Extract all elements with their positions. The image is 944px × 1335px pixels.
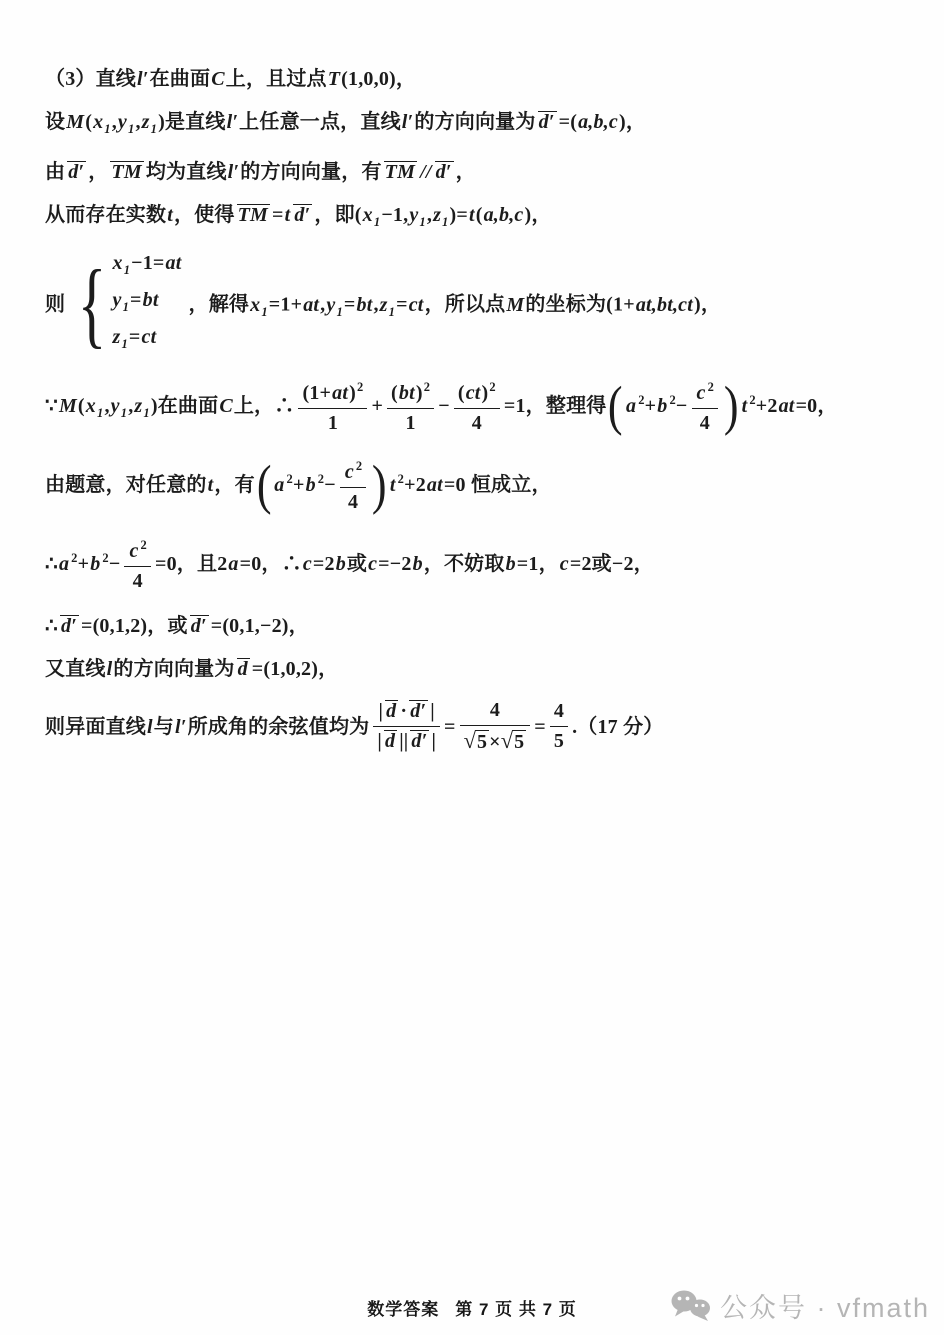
math-text: t — [469, 204, 475, 226]
math-text: bt — [399, 382, 415, 404]
math-text: =( — [559, 111, 577, 133]
math-text: (1,0,0) — [341, 68, 396, 90]
math-text: +2 — [404, 474, 426, 496]
math-text: ，即 — [314, 204, 354, 226]
big-paren: ( — [257, 456, 272, 514]
system-row: y1=bt — [111, 287, 159, 321]
math-text: =(0,1,−2)， — [211, 615, 309, 637]
math-text: c — [129, 540, 138, 562]
math-text: 上， — [234, 395, 274, 417]
math-text: ) — [158, 111, 165, 133]
math-text: + — [645, 395, 657, 417]
math-text: M — [506, 294, 524, 316]
coefficients-zero: ∴a2+b2−c24=0，且2a=0，∴c=2b或c=−2b，不妨取b=1，c=… — [45, 534, 924, 597]
math-text: ( — [458, 382, 465, 404]
math-text: ， — [531, 204, 551, 226]
system-and-solution: 则{x1−1=aty1=btz1=ct，解得x1=1+at,y1=bt,z1=c… — [45, 252, 924, 360]
math-text: at — [166, 252, 182, 274]
math-text: ) — [349, 382, 356, 404]
math-text: M — [59, 395, 77, 417]
math-text: x — [93, 111, 103, 133]
math-text: y — [118, 111, 127, 133]
vector-symbol: d′ — [538, 111, 557, 133]
vector-symbol: d′ — [67, 161, 86, 183]
system-row: x1−1=at — [111, 250, 182, 284]
substitute-into-surface: ∵M(x1,y1,z1)在曲面C上，∴(1+at)21+(bt)21−(ct)2… — [45, 376, 924, 439]
math-text: x — [112, 252, 122, 274]
math-text: 4 — [554, 700, 564, 722]
math-text: =1+ — [269, 294, 302, 316]
math-text: = — [444, 716, 456, 738]
math-text: ct — [142, 326, 157, 348]
math-text: t — [167, 204, 173, 226]
math-text: 1 — [328, 412, 338, 434]
math-text: =−2 — [378, 553, 411, 575]
math-text: 1 — [389, 305, 395, 319]
fraction: |d·d′||d||d′| — [373, 698, 440, 755]
math-text: c — [303, 553, 312, 575]
math-text: 的坐标为 — [525, 294, 606, 316]
math-text: ) — [151, 395, 158, 417]
fraction: c24 — [340, 453, 367, 516]
math-text: l — [147, 716, 153, 738]
math-text: 的方向向量，有 — [240, 161, 381, 183]
math-text: ， — [456, 161, 476, 183]
math-text: , — [320, 294, 325, 316]
math-text: z — [433, 204, 441, 226]
document-page: （3）直线l′在曲面C上，且过点T(1,0,0)，设M(x1,y1,z1)是直线… — [0, 0, 944, 1335]
math-text: ∴ — [282, 553, 302, 575]
math-text: (1+ — [606, 294, 635, 316]
math-text: c — [697, 382, 706, 404]
math-text: 所成角的余弦值均为 — [188, 716, 370, 738]
math-text: · — [400, 700, 407, 722]
math-text: 均为直线 — [146, 161, 227, 183]
math-text: ∴ — [274, 395, 294, 417]
math-text: = — [272, 204, 284, 226]
system-row: z1=ct — [111, 324, 157, 358]
math-text: 的方向向量为 — [414, 111, 535, 133]
math-text: 1 — [123, 300, 129, 314]
math-text: at — [332, 382, 348, 404]
math-text: ∵ — [45, 395, 58, 417]
math-text: =0，且2 — [155, 553, 227, 575]
math-text: ( — [391, 382, 398, 404]
math-text: ，解得 — [189, 294, 250, 316]
math-text: − — [109, 553, 121, 575]
math-text: 则异面直线 — [45, 716, 146, 738]
fraction: (1+at)21 — [298, 374, 367, 437]
vector-symbol: d′ — [410, 730, 429, 752]
math-text: a — [626, 395, 636, 417]
math-text: 2 — [356, 459, 362, 473]
math-text: 上任意一点，直线 — [239, 111, 401, 133]
math-text: ( — [85, 111, 92, 133]
math-text: at — [779, 395, 795, 417]
math-text: + — [293, 474, 305, 496]
vector-symbol: d′ — [435, 161, 454, 183]
math-text: l′ — [137, 68, 149, 90]
math-text: ， — [626, 111, 646, 133]
math-text: l′ — [175, 716, 187, 738]
math-text: z — [112, 326, 120, 348]
fraction: 4√5×√5 — [460, 697, 531, 756]
math-text: =0 恒成立， — [444, 474, 552, 496]
math-text: // — [420, 161, 432, 183]
vector-symbol: d′ — [293, 204, 312, 226]
math-text: x — [363, 204, 373, 226]
watermark: 公众号 · vfmath — [669, 1286, 930, 1325]
math-text: （3）直线 — [45, 68, 136, 90]
math-text: z — [134, 395, 142, 417]
math-text: T — [328, 68, 340, 90]
math-text: x — [86, 395, 96, 417]
vector-symbol: d — [384, 730, 397, 752]
math-text: y — [409, 204, 418, 226]
equation-system: {x1−1=aty1=btz1=ct — [69, 250, 182, 358]
math-text: )= — [450, 204, 468, 226]
math-text: + — [78, 553, 90, 575]
math-text: | — [431, 730, 436, 752]
math-text: − — [324, 474, 336, 496]
math-text: =(1,0,2)， — [252, 658, 339, 680]
math-text: ) — [619, 111, 626, 133]
math-text: l — [107, 658, 113, 680]
math-text: 又直线 — [45, 658, 106, 680]
math-text: | — [430, 700, 435, 722]
math-text: 1 — [406, 412, 416, 434]
direction-vector-l-prime: ∴d′=(0,1,2)，或d′=(0,1,−2)， — [45, 613, 924, 640]
math-text: ，使得 — [174, 204, 235, 226]
math-text: y — [111, 395, 120, 417]
math-text: 1 — [143, 406, 149, 420]
math-text: z — [380, 294, 388, 316]
vector-symbol: d′ — [190, 615, 209, 637]
math-text: 1 — [374, 215, 380, 229]
vector-symbol: TM — [110, 161, 143, 183]
vector-symbol: TM — [384, 161, 417, 183]
math-text: , — [112, 111, 117, 133]
cosine-result: 则异面直线l与l′所成角的余弦值均为|d·d′||d||d′|=4√5×√5=4… — [45, 699, 924, 758]
math-text: x — [250, 294, 260, 316]
footer-title: 数学答案 — [367, 1295, 439, 1320]
math-text: + — [371, 395, 383, 417]
exists-real-t: 从而存在实数t，使得TM=td′，即(x1−1,y1,z1)=t(a,b,c)， — [45, 202, 924, 236]
math-text: × — [489, 731, 501, 753]
math-text: c — [345, 461, 354, 483]
math-text: =2 — [313, 553, 335, 575]
math-text: 1 — [151, 122, 157, 136]
math-text: l′ — [227, 111, 239, 133]
math-text: bt — [357, 294, 373, 316]
math-text: C — [219, 395, 233, 417]
math-text: a — [274, 474, 284, 496]
math-text: ( — [476, 204, 483, 226]
big-paren: ) — [724, 377, 739, 435]
math-text: (1+ — [302, 382, 331, 404]
math-text: y — [112, 289, 121, 311]
math-text: , — [373, 294, 378, 316]
math-text: , — [104, 395, 109, 417]
math-text: =2或−2， — [570, 553, 654, 575]
fraction: (bt)21 — [387, 374, 434, 437]
math-text: 上，且过点 — [226, 68, 327, 90]
math-text: 4 — [490, 699, 500, 721]
fraction: 45 — [550, 698, 568, 755]
math-text: 4 — [133, 570, 143, 592]
math-text: t — [285, 204, 291, 226]
define-point-m: 设M(x1,y1,z1)是直线l′上任意一点，直线l′的方向向量为d′=(a,b… — [45, 109, 924, 143]
math-text: 2 — [708, 380, 714, 394]
math-text: =0， — [240, 553, 282, 575]
math-text: ， — [701, 294, 721, 316]
math-text: 1 — [128, 122, 134, 136]
math-text: = — [534, 716, 546, 738]
vector-symbol: d — [237, 658, 250, 680]
math-text: ， — [817, 395, 837, 417]
math-text: = — [344, 294, 356, 316]
math-text: ，所以点 — [425, 294, 506, 316]
math-text: =1，整理得 — [504, 395, 607, 417]
step-3-intro: （3）直线l′在曲面C上，且过点T(1,0,0)， — [45, 66, 924, 93]
math-text: 在曲面 — [150, 68, 211, 90]
math-text: l′ — [228, 161, 240, 183]
math-text: b — [336, 553, 346, 575]
math-text: , — [427, 204, 432, 226]
footer-pagination: 第 7 页 共 7 页 — [455, 1295, 577, 1320]
math-text: 与 — [154, 716, 174, 738]
vector-symbol: d′ — [409, 700, 428, 722]
math-text: 1 — [121, 406, 127, 420]
direction-vector-l: 又直线l的方向向量为d=(1,0,2)， — [45, 656, 924, 683]
math-text: a — [228, 553, 238, 575]
vector-symbol: d — [385, 700, 398, 722]
math-text: 是直线 — [165, 111, 226, 133]
math-text: || — [399, 730, 408, 752]
math-text: 1 — [124, 263, 130, 277]
math-text: − — [676, 395, 688, 417]
math-text: −1, — [381, 204, 408, 226]
holds-for-all-t: 由题意，对任意的t，有(a2+b2−c24)t2+2at=0 恒成立， — [45, 455, 924, 518]
math-text: 2 — [141, 538, 147, 552]
math-text: , — [135, 111, 140, 133]
math-text: b — [90, 553, 100, 575]
math-text: 2 — [489, 380, 495, 394]
math-text: b — [306, 474, 316, 496]
math-text: 2 — [424, 380, 430, 394]
page-footer: 数学答案 第 7 页 共 7 页 — [367, 1295, 577, 1320]
math-text: 1 — [97, 406, 103, 420]
math-text: − — [438, 395, 450, 417]
math-text: ，不妨取 — [424, 553, 505, 575]
math-text: 设 — [45, 111, 65, 133]
math-text: a — [59, 553, 69, 575]
wechat-icon — [669, 1289, 713, 1323]
math-text: 2 — [357, 380, 363, 394]
math-text: at — [427, 474, 443, 496]
fraction: (ct)24 — [454, 374, 500, 437]
math-text: ， — [396, 68, 416, 90]
radical: √5 — [501, 727, 527, 756]
math-text: 1 — [121, 337, 127, 351]
math-text: 由题意，对任意的 — [45, 474, 207, 496]
math-text: 4 — [472, 412, 482, 434]
math-text: 1 — [442, 215, 448, 229]
math-text: ， — [88, 161, 108, 183]
math-text: ct — [409, 294, 424, 316]
solution-body: （3）直线l′在曲面C上，且过点T(1,0,0)，设M(x1,y1,z1)是直线… — [45, 66, 924, 774]
fraction: c24 — [692, 374, 719, 437]
math-text: z — [142, 111, 150, 133]
vector-symbol: TM — [237, 204, 270, 226]
math-text: 由 — [45, 161, 65, 183]
math-text: ) — [694, 294, 701, 316]
math-text: 1 — [261, 305, 267, 319]
math-text: y — [326, 294, 335, 316]
parallel-vectors: 由d′，TM均为直线l′的方向向量，有TM//d′， — [45, 159, 924, 186]
math-text: ) — [482, 382, 489, 404]
math-text: =(0,1,2)，或 — [81, 615, 188, 637]
math-text: at,bt,ct — [636, 294, 693, 316]
math-text: b — [506, 553, 516, 575]
fraction: c24 — [124, 532, 151, 595]
math-text: bt — [143, 289, 159, 311]
math-text: = — [130, 289, 142, 311]
math-text: 1 — [419, 215, 425, 229]
math-text: 1 — [104, 122, 110, 136]
math-text: t — [208, 474, 214, 496]
big-paren: ) — [372, 456, 387, 514]
math-text: +2 — [756, 395, 778, 417]
math-text: t — [390, 474, 396, 496]
math-text: = — [396, 294, 408, 316]
math-text: .（17 分） — [572, 716, 663, 738]
math-text: = — [129, 326, 141, 348]
math-text: 或 — [347, 553, 367, 575]
math-text: =0 — [796, 395, 818, 417]
math-text: 4 — [348, 491, 358, 513]
math-text: 在曲面 — [158, 395, 219, 417]
math-text: ，有 — [214, 474, 254, 496]
vector-symbol: d′ — [60, 615, 79, 637]
math-text: 1 — [336, 305, 342, 319]
math-text: 4 — [700, 412, 710, 434]
math-text: c — [560, 553, 569, 575]
system-brace: { — [78, 259, 107, 349]
math-text: c — [368, 553, 377, 575]
big-paren: ( — [608, 377, 623, 435]
math-text: ) — [416, 382, 423, 404]
math-text: ( — [355, 204, 362, 226]
math-text: ∴ — [45, 615, 58, 637]
math-text: 则 — [45, 294, 65, 316]
math-text: at — [303, 294, 319, 316]
math-text: , — [128, 395, 133, 417]
math-text: a,b,c — [578, 111, 618, 133]
math-text: | — [379, 700, 384, 722]
math-text: | — [377, 730, 382, 752]
math-text: t — [742, 395, 748, 417]
math-text: b — [413, 553, 423, 575]
math-text: =1， — [517, 553, 559, 575]
math-text: −1= — [131, 252, 164, 274]
radical: √5 — [464, 727, 490, 756]
math-text: 从而存在实数 — [45, 204, 166, 226]
math-text: ∴ — [45, 553, 58, 575]
math-text: ct — [466, 382, 481, 404]
math-text: a,b,c — [484, 204, 524, 226]
math-text: 5 — [554, 730, 564, 752]
watermark-text: 公众号 · vfmath — [720, 1286, 930, 1325]
math-text: l′ — [402, 111, 414, 133]
math-text: C — [211, 68, 225, 90]
math-text: b — [657, 395, 667, 417]
math-text: ( — [78, 395, 85, 417]
math-text: M — [66, 111, 84, 133]
math-text: 的方向向量为 — [113, 658, 234, 680]
